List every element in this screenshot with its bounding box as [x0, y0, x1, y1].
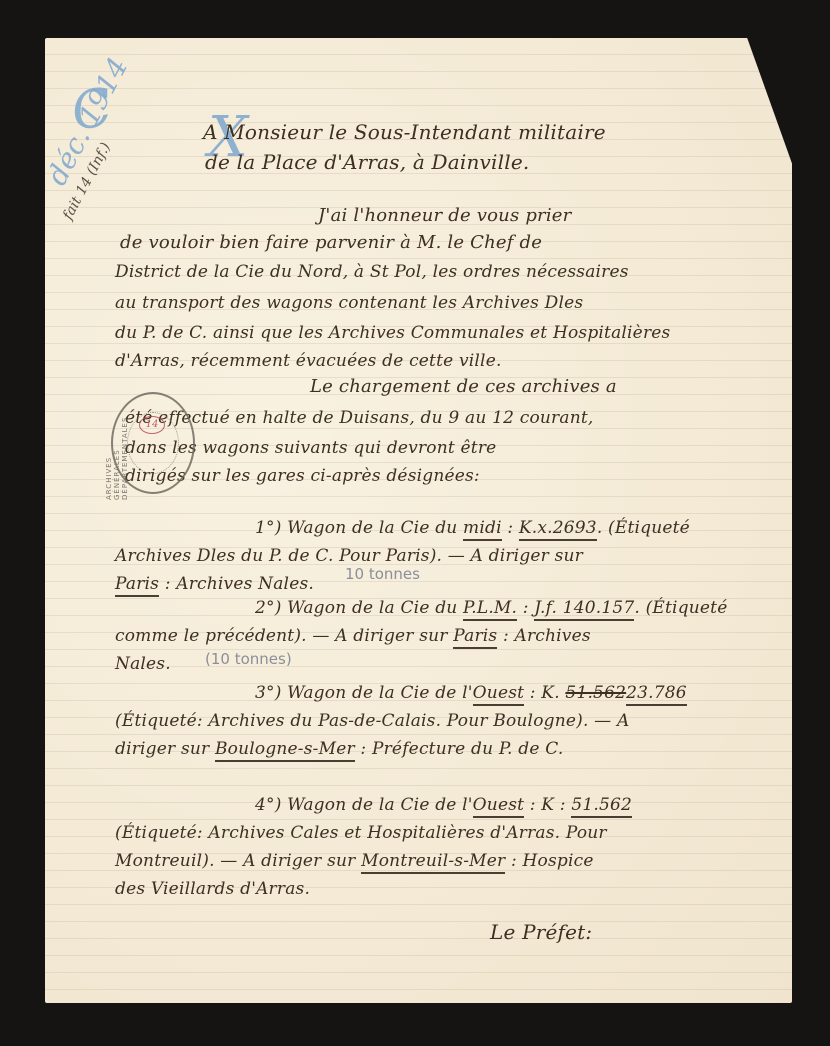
wagon-text: Nales. [115, 654, 171, 674]
wagon-text: Wagon de la Cie du [287, 598, 463, 618]
wagon-4-line: (Étiqueté: Archives Cales et Hospitalièr… [115, 823, 607, 843]
wagon-text: Wagon de la Cie du [287, 518, 463, 538]
underlined-text: 23.786 [626, 683, 687, 706]
wagon-text: Montreuil). — A diriger sur [115, 851, 361, 871]
wagon-text: des Vieillards d'Arras. [115, 879, 310, 899]
wagon-text: (Étiqueté: Archives Cales et Hospitalièr… [115, 823, 607, 843]
pencil-tonnage-note: (10 tonnes) [205, 650, 292, 668]
wagon-3-line: diriger sur Boulogne-s-Mer : Préfecture … [115, 739, 563, 759]
wagon-text: Wagon de la Cie de l' [287, 795, 473, 815]
wagon-4-line: Montreuil). — A diriger sur Montreuil-s-… [115, 851, 594, 871]
para2-line: Le chargement de ces archives a [310, 376, 617, 397]
para2-line: été effectué en halte de Duisans, du 9 a… [125, 408, 594, 428]
wagon-text: Archives Dles du P. de C. Pour Paris). —… [115, 546, 583, 566]
stamp-ring-text: ARCHIVES GÉNÉRALES DÉPARTEMENTALES [105, 412, 129, 500]
underlined-text: Paris [453, 626, 497, 649]
wagon-text: : K. [524, 683, 565, 703]
address-line-1: A Monsieur le Sous-Intendant militaire [203, 120, 606, 144]
wagon-number: 2°) [255, 598, 287, 618]
para1-line: d'Arras, récemment évacuées de cette vil… [115, 351, 502, 371]
wagon-3-line: (Étiqueté: Archives du Pas-de-Calais. Po… [115, 711, 629, 731]
wagon-3-line: 3°) Wagon de la Cie de l'Ouest : K. 51.5… [255, 683, 687, 703]
para1-line: District de la Cie du Nord, à St Pol, le… [115, 262, 629, 282]
wagon-text: : [517, 598, 534, 618]
underlined-text: midi [463, 518, 502, 541]
wagon-text: (Étiqueté: Archives du Pas-de-Calais. Po… [115, 711, 629, 731]
wagon-text: : K : [524, 795, 571, 815]
wagon-text: . (Étiqueté [634, 598, 727, 618]
wagon-number: 1°) [255, 518, 287, 538]
wagon-text: diriger sur [115, 739, 215, 759]
underlined-text: Boulogne-s-Mer [215, 739, 355, 762]
wagon-text: : Archives Nales. [159, 574, 314, 594]
wagon-text: : [502, 518, 519, 538]
para1-line: au transport des wagons contenant les Ar… [115, 293, 583, 313]
wagon-2-line: comme le précédent). — A diriger sur Par… [115, 626, 591, 646]
underlined-text: Montreuil-s-Mer [361, 851, 505, 874]
underlined-text: Ouest [473, 683, 525, 706]
wagon-4-line: 4°) Wagon de la Cie de l'Ouest : K : 51.… [255, 795, 632, 815]
wagon-1-line: Paris : Archives Nales. [115, 574, 314, 594]
para1-line: J'ai l'honneur de vous prier [318, 205, 571, 226]
pencil-tonnage-note: 10 tonnes [345, 565, 420, 583]
stamp-number: 14 [139, 416, 165, 434]
wagon-1-line: Archives Dles du P. de C. Pour Paris). —… [115, 546, 583, 566]
wagon-4-line: des Vieillards d'Arras. [115, 879, 310, 899]
wagon-text: Wagon de la Cie de l' [287, 683, 473, 703]
wagon-text: : Archives [497, 626, 590, 646]
closing-signature: Le Préfet: [490, 920, 592, 944]
struck-text: 51.562 [565, 683, 626, 703]
underlined-text: K.x.2693 [519, 518, 597, 541]
underlined-text: 51.562 [571, 795, 632, 818]
wagon-text: : Hospice [505, 851, 593, 871]
archive-stamp: 14 ARCHIVES GÉNÉRALES DÉPARTEMENTALES [111, 392, 195, 494]
underlined-text: J.f. 140.157 [534, 598, 634, 621]
wagon-1-line: 1°) Wagon de la Cie du midi : K.x.2693. … [255, 518, 690, 538]
underlined-text: Paris [115, 574, 159, 597]
wagon-text: comme le précédent). — A diriger sur [115, 626, 453, 646]
wagon-text: : Préfecture du P. de C. [355, 739, 564, 759]
para1-line: du P. de C. ainsi que les Archives Commu… [115, 323, 670, 343]
underlined-text: P.L.M. [463, 598, 517, 621]
wagon-2-line: Nales. [115, 654, 171, 674]
wagon-text: . (Étiqueté [597, 518, 690, 538]
wagon-number: 4°) [255, 795, 287, 815]
wagon-2-line: 2°) Wagon de la Cie du P.L.M. : J.f. 140… [255, 598, 727, 618]
address-line-2: de la Place d'Arras, à Dainville. [205, 150, 529, 174]
para1-line: de vouloir bien faire parvenir à M. le C… [120, 232, 542, 253]
wagon-number: 3°) [255, 683, 287, 703]
underlined-text: Ouest [473, 795, 525, 818]
